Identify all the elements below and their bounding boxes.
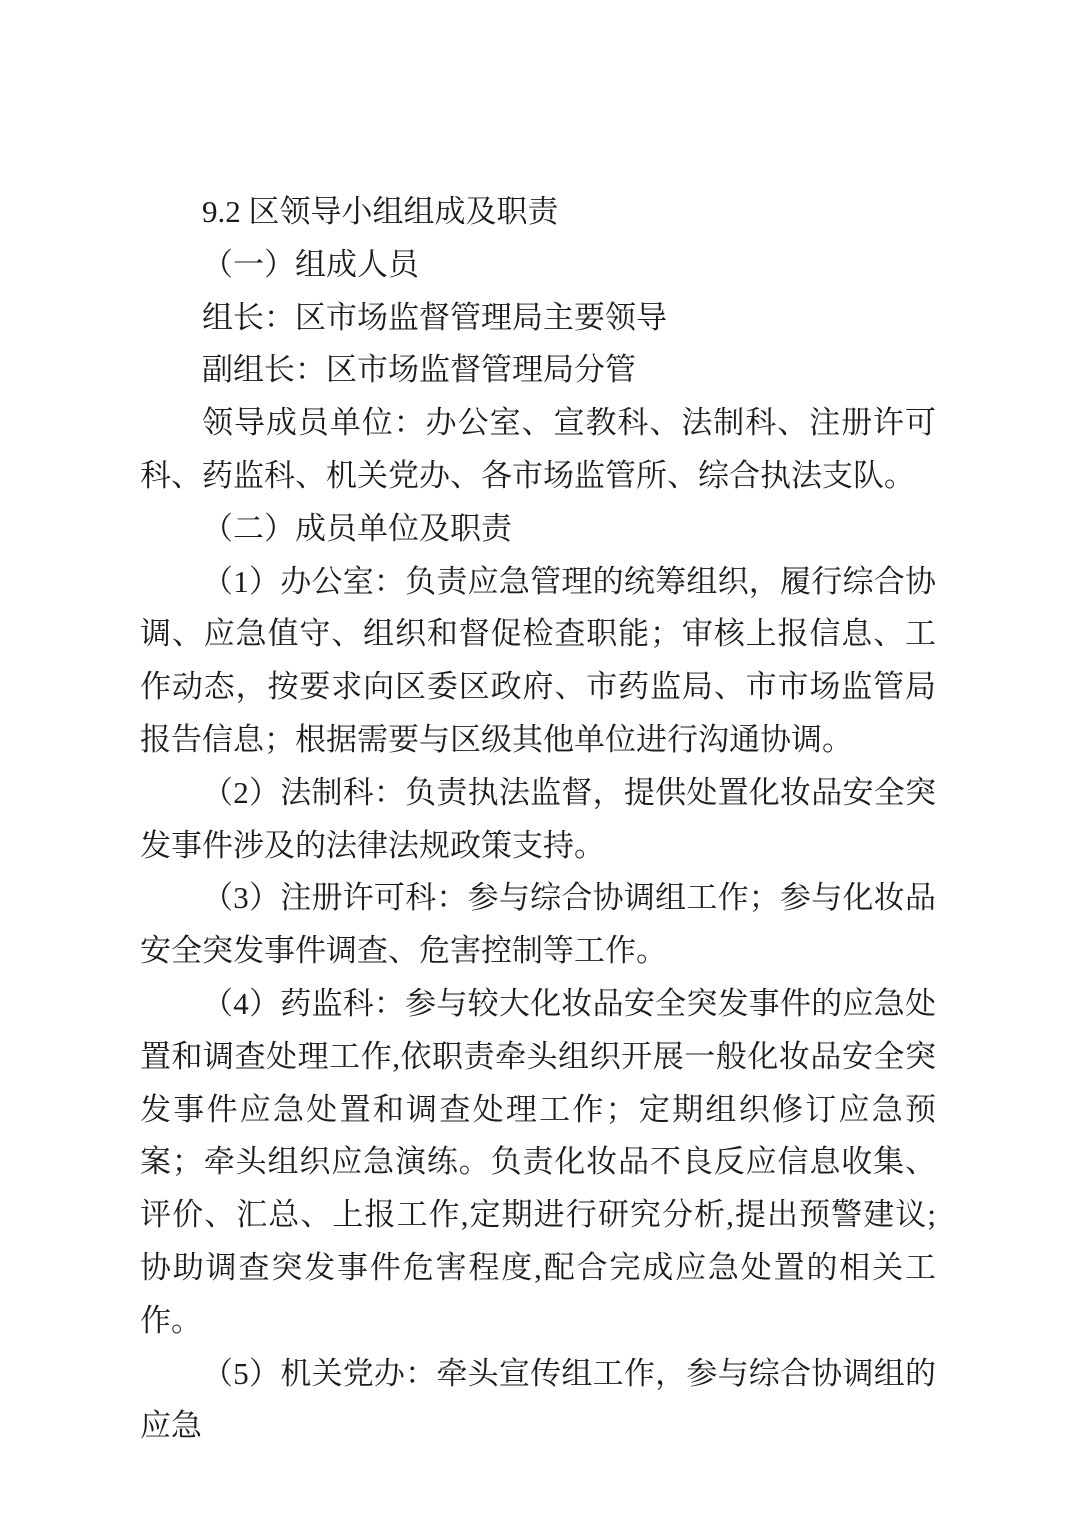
paragraph-item-3-registration: （3）注册许可科：参与综合协调组工作；参与化妆品安全突发事件调查、危害控制等工作… (140, 872, 936, 978)
paragraph-composition-subheading: （一）组成人员 (140, 239, 936, 292)
paragraph-item-5-party-office: （5）机关党办：牵头宣传组工作，参与综合协调组的应急 (140, 1348, 936, 1454)
document-body: 9.2 区领导小组组成及职责 （一）组成人员 组长：区市场监督管理局主要领导 副… (140, 186, 936, 1453)
paragraph-item-4-drug-supervision: （4）药监科：参与较大化妆品安全突发事件的应急处置和调查处理工作,依职责牵头组织… (140, 978, 936, 1348)
paragraph-deputy-group-leader: 副组长：区市场监督管理局分管 (140, 344, 936, 397)
paragraph-group-leader: 组长：区市场监督管理局主要领导 (140, 292, 936, 345)
section-heading: 9.2 区领导小组组成及职责 (140, 186, 936, 239)
paragraph-item-1-office: （1）办公室：负责应急管理的统筹组织，履行综合协调、应急值守、组织和督促检查职能… (140, 556, 936, 767)
paragraph-item-2-legal: （2）法制科：负责执法监督，提供处置化妆品安全突发事件涉及的法律法规政策支持。 (140, 767, 936, 873)
paragraph-duties-subheading: （二）成员单位及职责 (140, 503, 936, 556)
paragraph-member-units: 领导成员单位：办公室、宣教科、法制科、注册许可科、药监科、机关党办、各市场监管所… (140, 397, 936, 503)
document-page: 9.2 区领导小组组成及职责 （一）组成人员 组长：区市场监督管理局主要领导 副… (0, 0, 1074, 1520)
